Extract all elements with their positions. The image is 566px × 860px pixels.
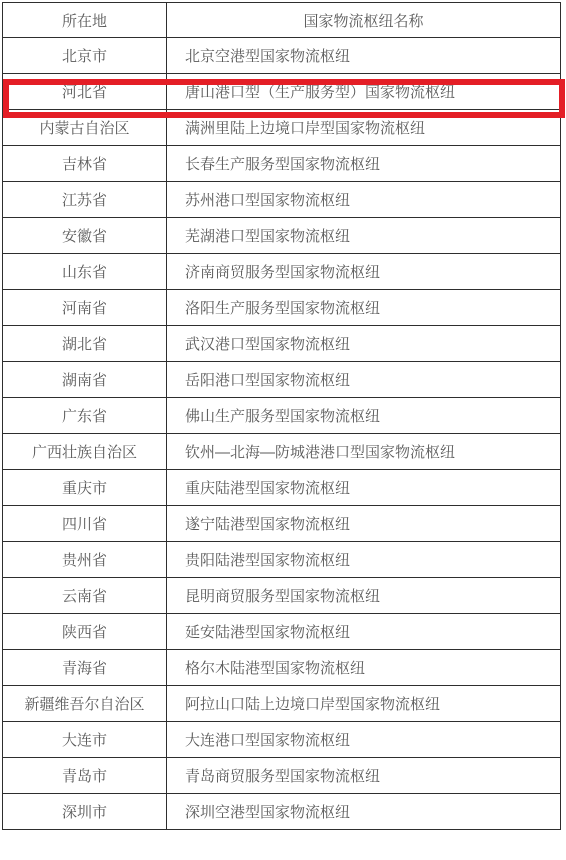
hub-name-cell: 青岛商贸服务型国家物流枢纽 xyxy=(167,758,561,794)
table-row-highlighted: 河北省唐山港口型（生产服务型）国家物流枢纽 xyxy=(3,74,561,110)
table-row: 深圳市深圳空港型国家物流枢纽 xyxy=(3,794,561,830)
table-row: 湖北省武汉港口型国家物流枢纽 xyxy=(3,326,561,362)
hub-name-cell: 武汉港口型国家物流枢纽 xyxy=(167,326,561,362)
location-cell: 广东省 xyxy=(3,398,167,434)
hub-name-cell: 昆明商贸服务型国家物流枢纽 xyxy=(167,578,561,614)
table-body: 北京市北京空港型国家物流枢纽河北省唐山港口型（生产服务型）国家物流枢纽内蒙古自治… xyxy=(3,38,561,830)
table-row: 贵州省贵阳陆港型国家物流枢纽 xyxy=(3,542,561,578)
hub-name-cell: 苏州港口型国家物流枢纽 xyxy=(167,182,561,218)
hub-name-cell: 佛山生产服务型国家物流枢纽 xyxy=(167,398,561,434)
table-row: 四川省遂宁陆港型国家物流枢纽 xyxy=(3,506,561,542)
location-cell: 北京市 xyxy=(3,38,167,74)
hub-name-cell: 重庆陆港型国家物流枢纽 xyxy=(167,470,561,506)
location-cell: 新疆维吾尔自治区 xyxy=(3,686,167,722)
table-row: 江苏省苏州港口型国家物流枢纽 xyxy=(3,182,561,218)
location-cell: 吉林省 xyxy=(3,146,167,182)
location-cell: 湖北省 xyxy=(3,326,167,362)
location-cell: 青海省 xyxy=(3,650,167,686)
table-row: 内蒙古自治区满洲里陆上边境口岸型国家物流枢纽 xyxy=(3,110,561,146)
hub-name-cell: 北京空港型国家物流枢纽 xyxy=(167,38,561,74)
hub-name-cell: 钦州—北海—防城港港口型国家物流枢纽 xyxy=(167,434,561,470)
hub-name-cell: 贵阳陆港型国家物流枢纽 xyxy=(167,542,561,578)
hub-name-cell: 延安陆港型国家物流枢纽 xyxy=(167,614,561,650)
table-row: 青海省格尔木陆港型国家物流枢纽 xyxy=(3,650,561,686)
location-cell: 深圳市 xyxy=(3,794,167,830)
hub-name-cell: 芜湖港口型国家物流枢纽 xyxy=(167,218,561,254)
table-row: 广西壮族自治区钦州—北海—防城港港口型国家物流枢纽 xyxy=(3,434,561,470)
table-row: 吉林省长春生产服务型国家物流枢纽 xyxy=(3,146,561,182)
location-cell: 广西壮族自治区 xyxy=(3,434,167,470)
hub-name-cell: 深圳空港型国家物流枢纽 xyxy=(167,794,561,830)
hub-name-cell: 洛阳生产服务型国家物流枢纽 xyxy=(167,290,561,326)
table-row: 重庆市重庆陆港型国家物流枢纽 xyxy=(3,470,561,506)
location-cell: 安徽省 xyxy=(3,218,167,254)
location-cell: 大连市 xyxy=(3,722,167,758)
location-cell: 河北省 xyxy=(3,74,167,110)
hub-name-cell: 满洲里陆上边境口岸型国家物流枢纽 xyxy=(167,110,561,146)
header-row: 所在地 国家物流枢纽名称 xyxy=(3,3,561,38)
table-row: 山东省济南商贸服务型国家物流枢纽 xyxy=(3,254,561,290)
column-header-hub-name: 国家物流枢纽名称 xyxy=(167,3,561,38)
table-row: 青岛市青岛商贸服务型国家物流枢纽 xyxy=(3,758,561,794)
column-header-location: 所在地 xyxy=(3,3,167,38)
hub-name-cell: 大连港口型国家物流枢纽 xyxy=(167,722,561,758)
location-cell: 河南省 xyxy=(3,290,167,326)
logistics-hub-table: 所在地 国家物流枢纽名称 北京市北京空港型国家物流枢纽河北省唐山港口型（生产服务… xyxy=(2,2,561,830)
table-row: 新疆维吾尔自治区阿拉山口陆上边境口岸型国家物流枢纽 xyxy=(3,686,561,722)
location-cell: 湖南省 xyxy=(3,362,167,398)
hub-name-cell: 唐山港口型（生产服务型）国家物流枢纽 xyxy=(167,74,561,110)
table-row: 湖南省岳阳港口型国家物流枢纽 xyxy=(3,362,561,398)
location-cell: 陕西省 xyxy=(3,614,167,650)
hub-name-cell: 阿拉山口陆上边境口岸型国家物流枢纽 xyxy=(167,686,561,722)
location-cell: 江苏省 xyxy=(3,182,167,218)
location-cell: 青岛市 xyxy=(3,758,167,794)
table-row: 安徽省芜湖港口型国家物流枢纽 xyxy=(3,218,561,254)
table-row: 北京市北京空港型国家物流枢纽 xyxy=(3,38,561,74)
location-cell: 四川省 xyxy=(3,506,167,542)
hub-name-cell: 长春生产服务型国家物流枢纽 xyxy=(167,146,561,182)
location-cell: 山东省 xyxy=(3,254,167,290)
table-row: 广东省佛山生产服务型国家物流枢纽 xyxy=(3,398,561,434)
table-header: 所在地 国家物流枢纽名称 xyxy=(3,3,561,38)
table-row: 河南省洛阳生产服务型国家物流枢纽 xyxy=(3,290,561,326)
hub-name-cell: 济南商贸服务型国家物流枢纽 xyxy=(167,254,561,290)
table-row: 陕西省延安陆港型国家物流枢纽 xyxy=(3,614,561,650)
hub-name-cell: 岳阳港口型国家物流枢纽 xyxy=(167,362,561,398)
page: 所在地 国家物流枢纽名称 北京市北京空港型国家物流枢纽河北省唐山港口型（生产服务… xyxy=(0,0,566,860)
table-row: 大连市大连港口型国家物流枢纽 xyxy=(3,722,561,758)
location-cell: 重庆市 xyxy=(3,470,167,506)
table-row: 云南省昆明商贸服务型国家物流枢纽 xyxy=(3,578,561,614)
hub-name-cell: 格尔木陆港型国家物流枢纽 xyxy=(167,650,561,686)
location-cell: 内蒙古自治区 xyxy=(3,110,167,146)
hub-name-cell: 遂宁陆港型国家物流枢纽 xyxy=(167,506,561,542)
location-cell: 云南省 xyxy=(3,578,167,614)
location-cell: 贵州省 xyxy=(3,542,167,578)
